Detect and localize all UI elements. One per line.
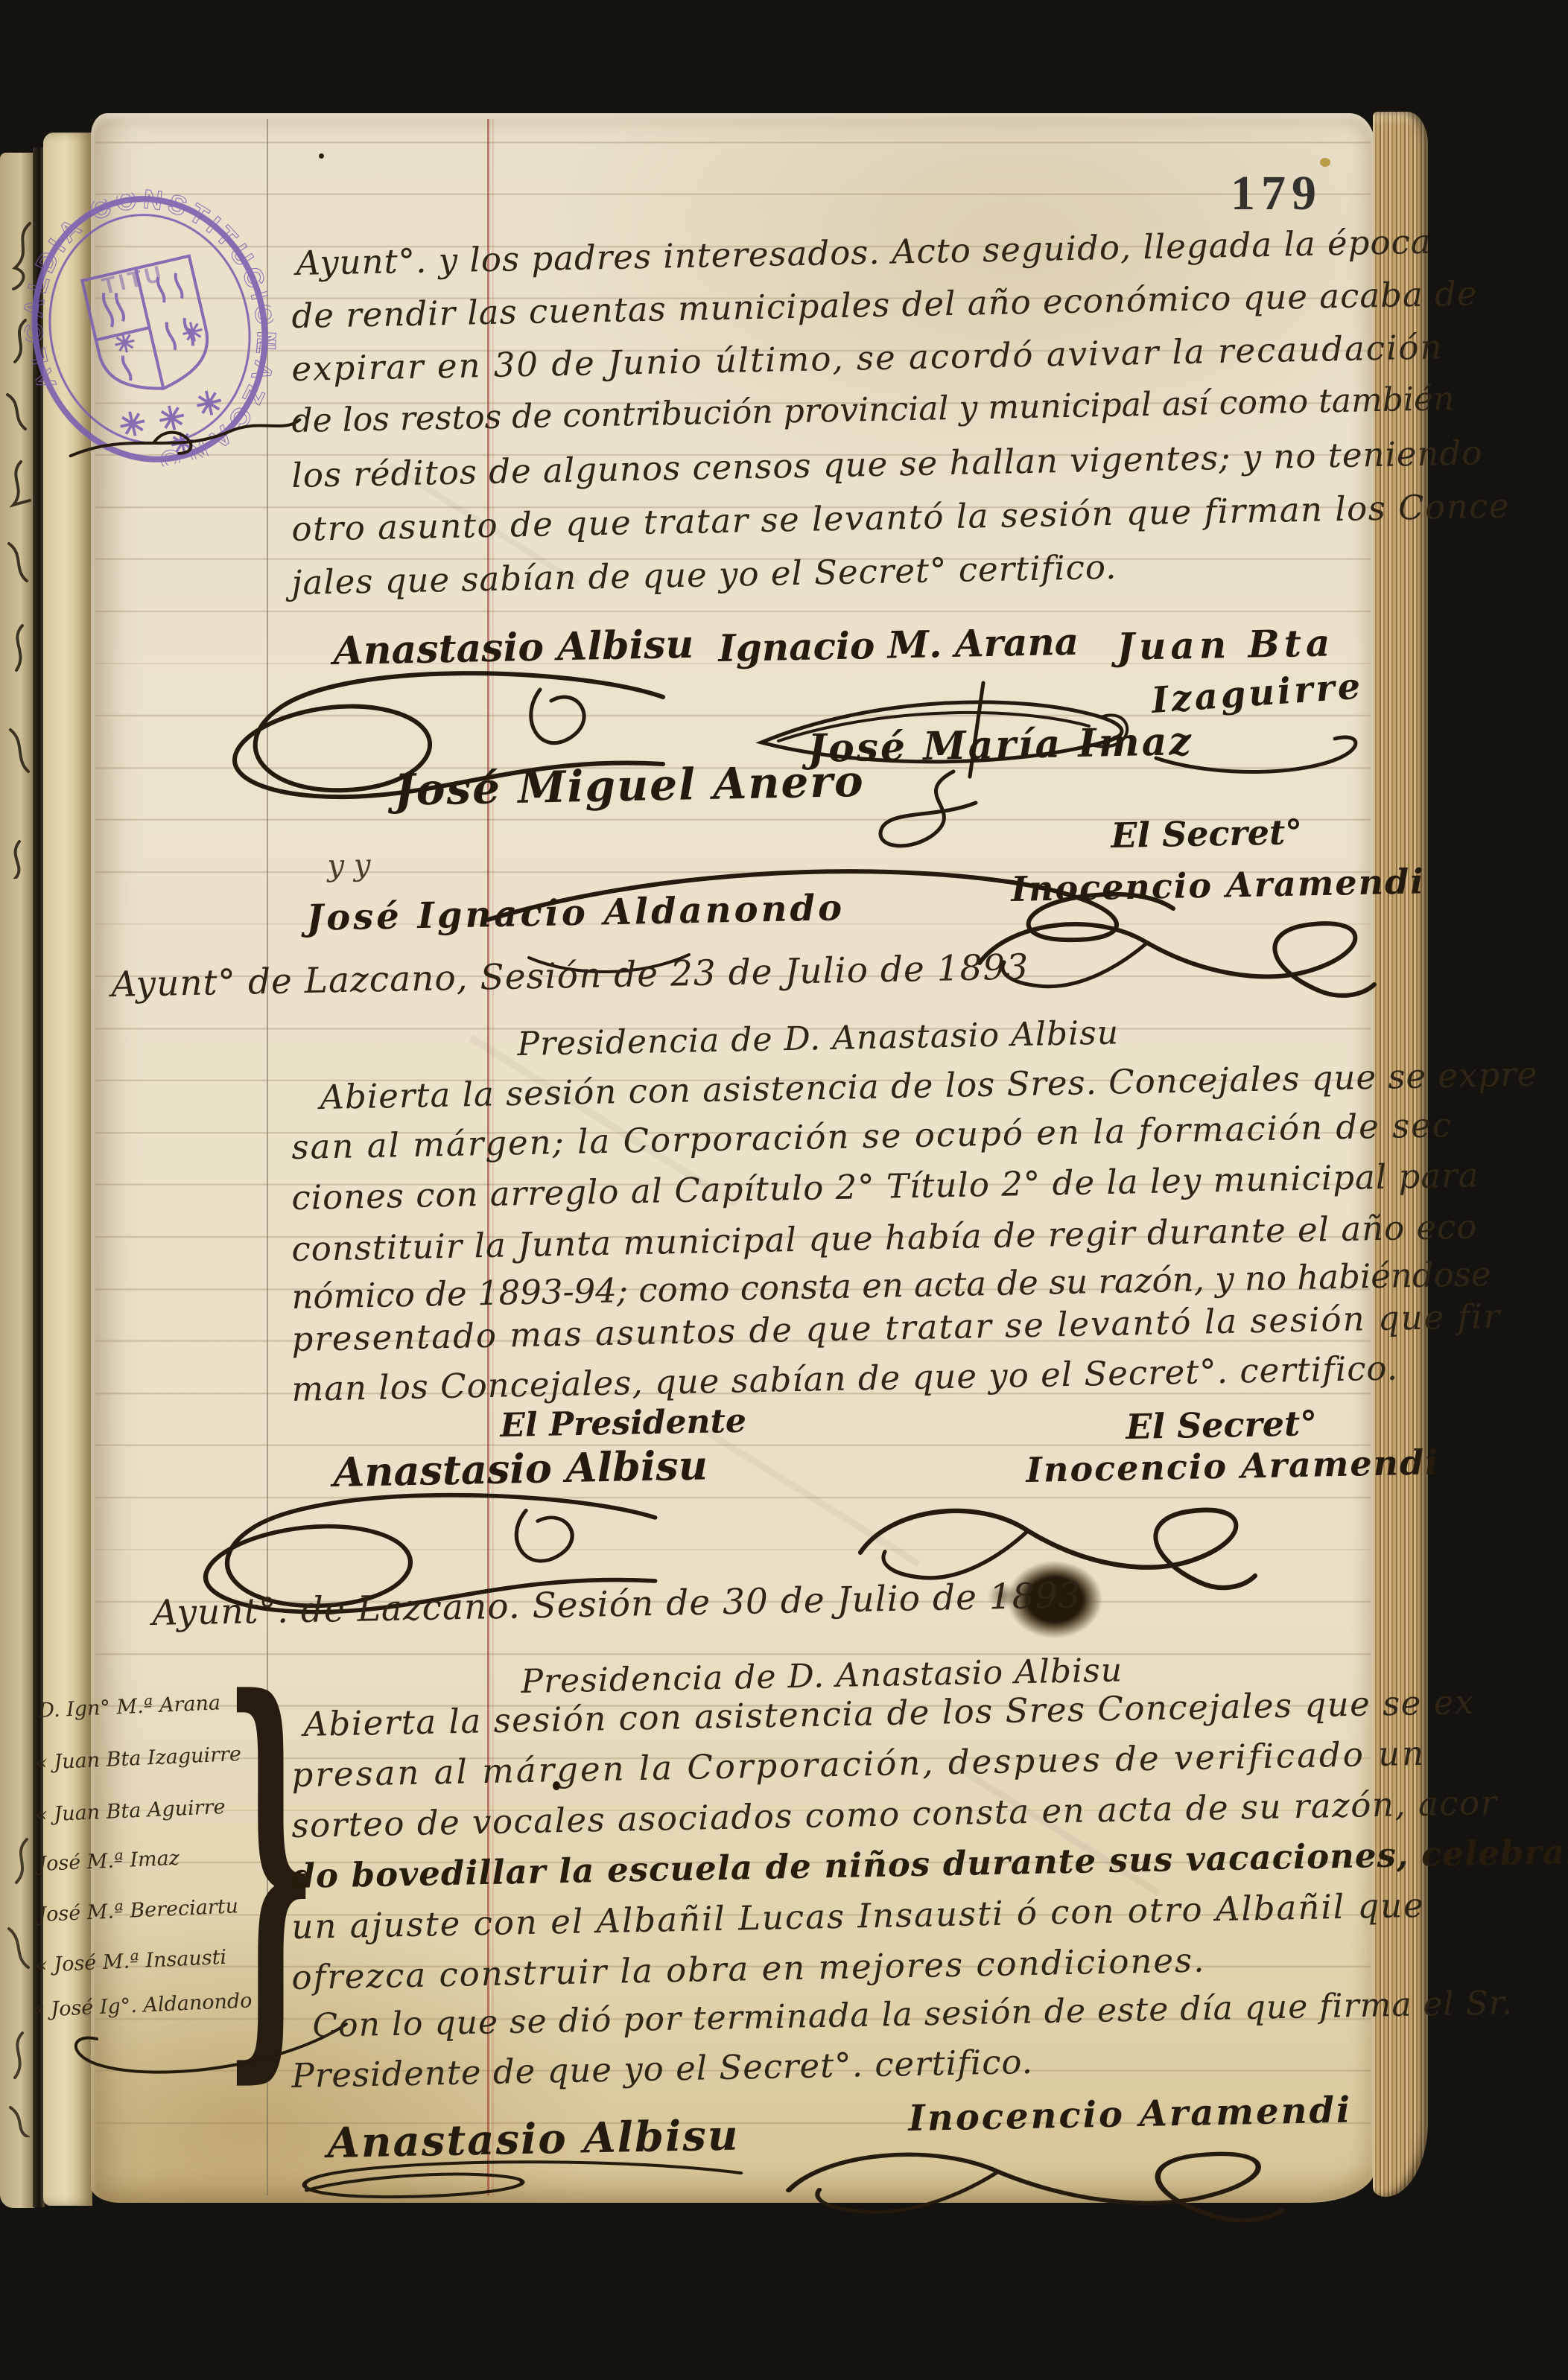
signature-jose-maria-imaz: José María Imaz: [807, 719, 1194, 771]
aramendi-rubric-1: [968, 907, 1386, 1004]
secretary-label-2: El Secret°: [1126, 1404, 1318, 1447]
signature-inocencio-aramendi-2: Inocencio Aramendi: [1026, 1442, 1440, 1490]
signature-inocencio-aramendi-3: Inocencio Aramendi: [908, 2090, 1353, 2140]
ink-dot: [319, 153, 324, 159]
manuscript-photo: 179 ALCALDIA CONSTITUCIONAL DE LAZCANO T…: [0, 0, 1568, 2380]
book-fore-edge: [1373, 112, 1428, 2197]
paper-speck: [1320, 158, 1330, 167]
signature-inocencio-aramendi-1: Inocencio Aramendi: [1011, 862, 1425, 909]
signature-jose-miguel-anero: José Miguel Anero: [394, 757, 865, 815]
signature-juan-bta: Juan Bta: [1117, 621, 1335, 668]
signature-ignacio-m-arana: Ignacio M. Arana: [718, 620, 1079, 670]
president-label: El Presidente: [500, 1403, 746, 1445]
stray-pen-marks: y y: [327, 848, 371, 883]
albisu-rubric-3: [276, 2158, 752, 2203]
page-number: 179: [1231, 165, 1322, 222]
signature-anastasio-albisu: Anastasio Albisu: [333, 623, 694, 674]
signature-anastasio-albisu-2: Anastasio Albisu: [333, 1442, 708, 1495]
imaz-rubric: [842, 766, 1035, 855]
aramendi-rubric-3: [775, 2139, 1296, 2228]
secretary-label-1: El Secret°: [1111, 812, 1303, 856]
